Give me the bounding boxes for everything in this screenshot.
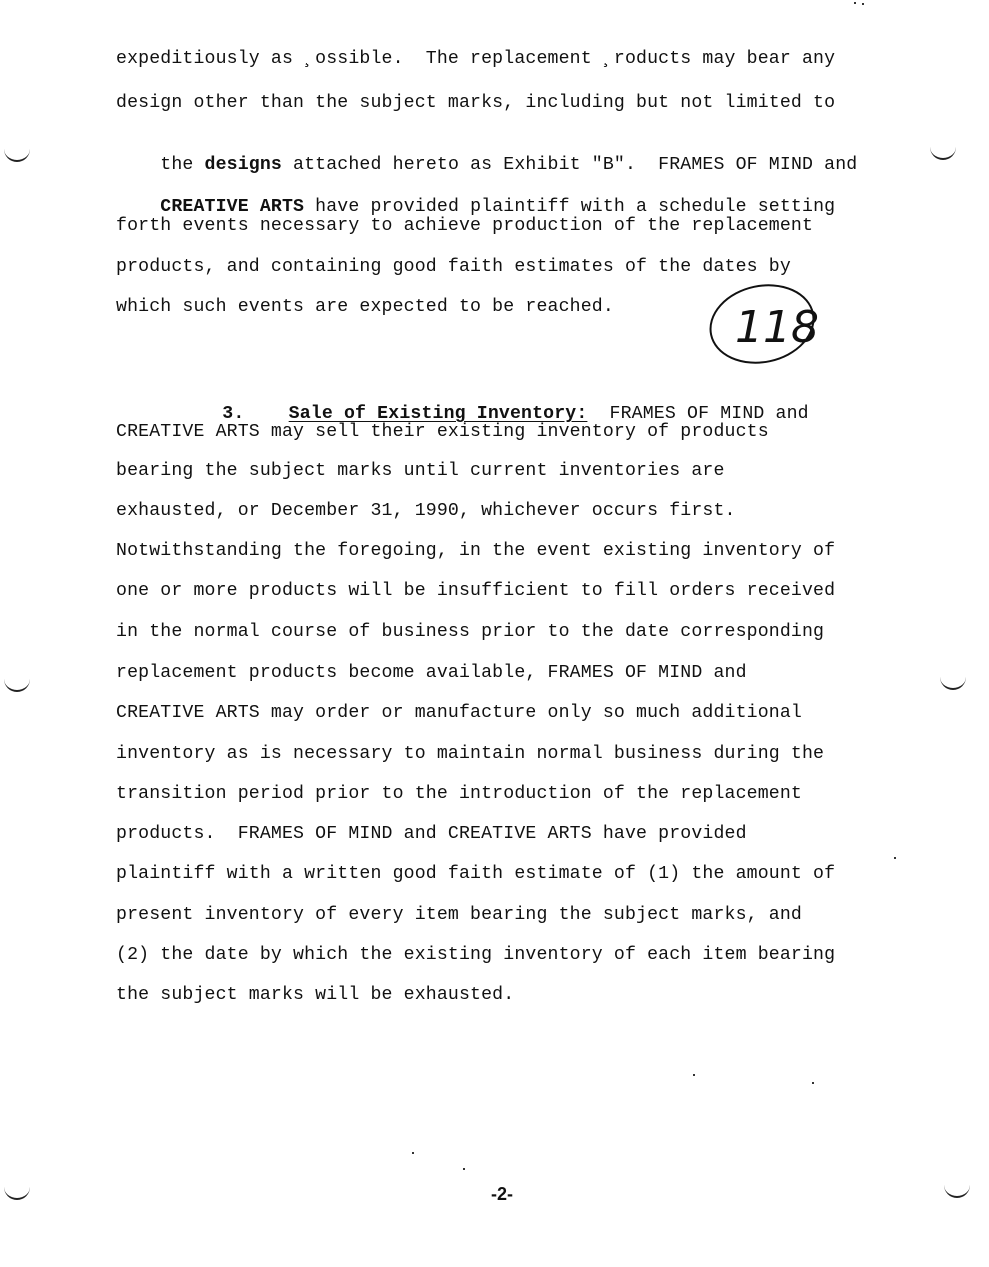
text-line: Notwithstanding the foregoing, in the ev… — [116, 540, 835, 562]
page-number: -2- — [491, 1184, 513, 1205]
text-segment: the — [160, 155, 204, 175]
punch-hole-mark — [4, 146, 30, 162]
document-page: expeditiously as ¸ossible. The replaceme… — [0, 0, 989, 1267]
text-line: products, and containing good faith esti… — [116, 256, 791, 278]
text-line: inventory as is necessary to maintain no… — [116, 743, 824, 765]
text-line: present inventory of every item bearing … — [116, 904, 802, 926]
text-line: forth events necessary to achieve produc… — [116, 215, 813, 237]
bold-text: designs — [205, 155, 282, 175]
punch-hole-mark — [940, 674, 966, 690]
scan-speck — [812, 1082, 814, 1084]
text-line: in the normal course of business prior t… — [116, 621, 824, 643]
scan-speck — [463, 1168, 465, 1170]
handwritten-circled-number: 118 — [705, 280, 823, 377]
punch-hole-mark — [930, 144, 956, 160]
text-line: transition period prior to the introduct… — [116, 783, 802, 805]
text-line: exhausted, or December 31, 1990, whichev… — [116, 500, 736, 522]
text-segment: have provided plaintiff with a schedule … — [304, 197, 835, 217]
scan-speck — [412, 1152, 414, 1154]
text-line: products. FRAMES OF MIND and CREATIVE AR… — [116, 823, 747, 845]
text-segment: attached hereto as Exhibit "B". FRAMES O… — [282, 155, 857, 175]
scan-speck — [693, 1074, 695, 1076]
text-line: replacement products become available, F… — [116, 662, 747, 684]
punch-hole-mark — [4, 676, 30, 692]
text-line: CREATIVE ARTS may order or manufacture o… — [116, 702, 802, 724]
punch-hole-mark — [4, 1184, 30, 1200]
text-line: (2) the date by which the existing inven… — [116, 944, 835, 966]
text-line: plaintiff with a written good faith esti… — [116, 863, 835, 885]
text-line: bearing the subject marks until current … — [116, 460, 725, 482]
text-line: the subject marks will be exhausted. — [116, 984, 514, 1006]
text-line: one or more products will be insufficien… — [116, 580, 835, 602]
scan-speck — [894, 857, 896, 859]
handwritten-number: 118 — [735, 302, 819, 353]
punch-hole-mark — [944, 1182, 970, 1198]
text-line: design other than the subject marks, inc… — [116, 92, 835, 114]
scan-speck — [854, 2, 856, 4]
text-line: expeditiously as ¸ossible. The replaceme… — [116, 48, 835, 70]
scan-speck — [862, 3, 864, 5]
text-line: CREATIVE ARTS may sell their existing in… — [116, 421, 769, 443]
bold-text: CREATIVE ARTS — [160, 197, 304, 217]
text-line: which such events are expected to be rea… — [116, 296, 614, 318]
